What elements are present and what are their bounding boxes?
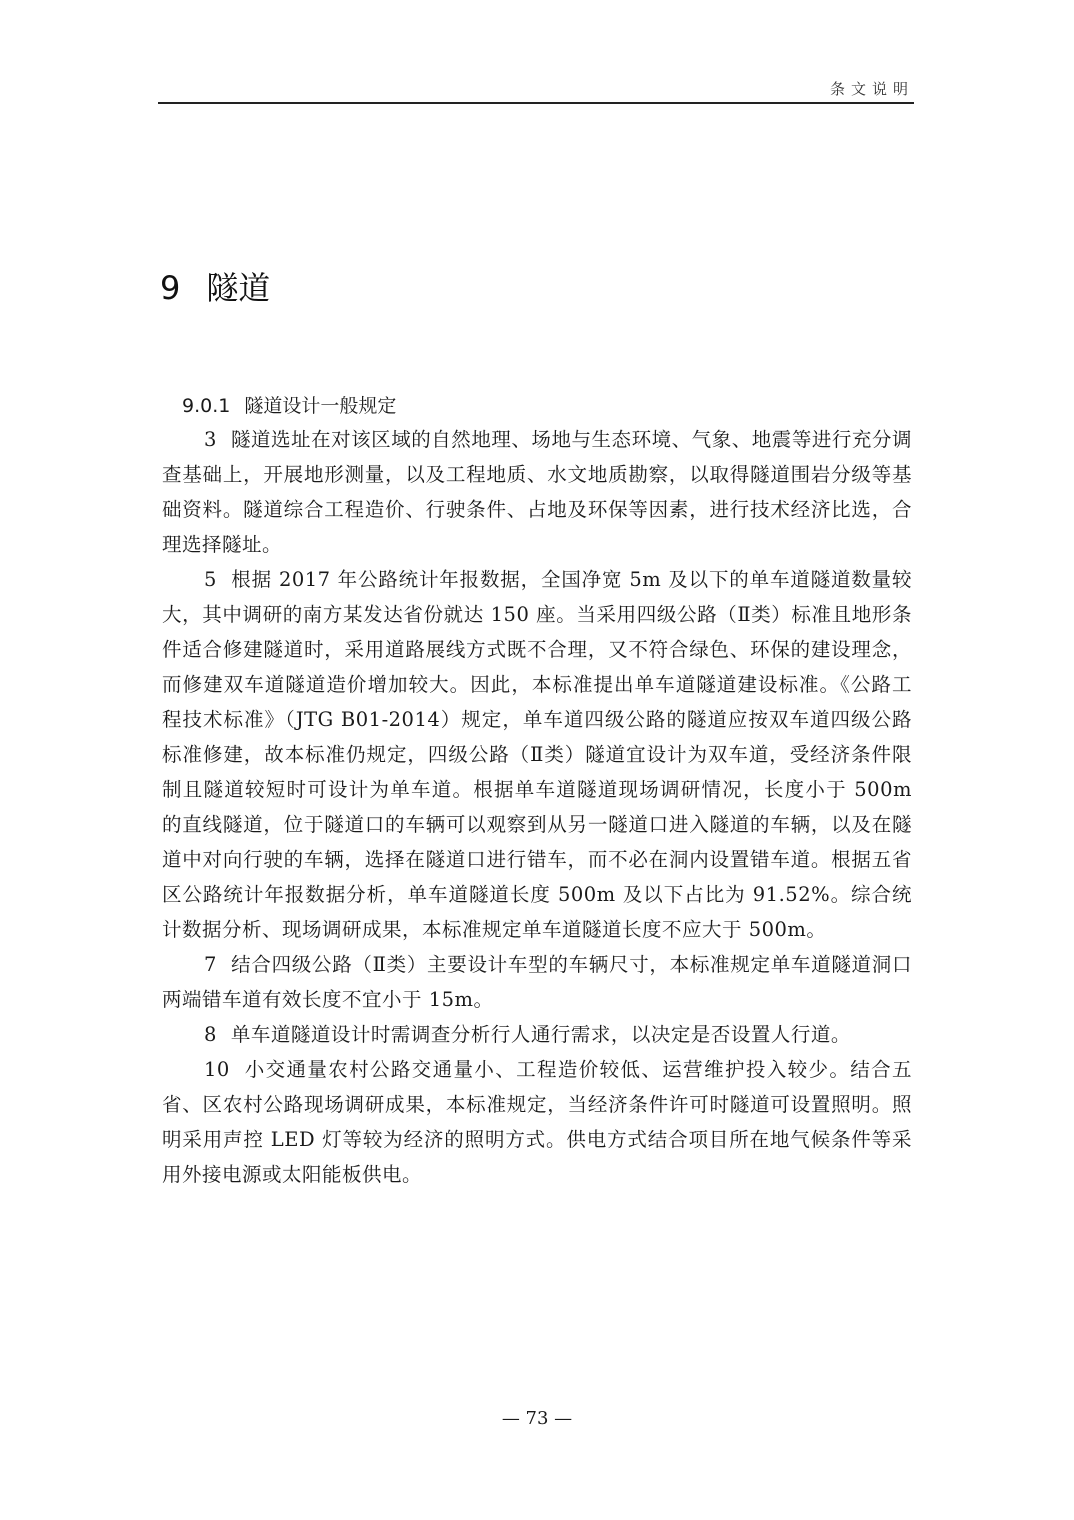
paragraph-text: 结合四级公路（Ⅱ类）主要设计车型的车辆尺寸，本标准规定单车道隧道洞口两端错车道有…	[162, 953, 912, 1011]
item-number: 7	[204, 953, 217, 976]
item-number: 10	[204, 1058, 230, 1081]
chapter-title-text: 隧道	[206, 269, 270, 307]
paragraph-text: 根据 2017 年公路统计年报数据，全国净宽 5m 及以下的单车道隧道数量较大，…	[162, 568, 912, 941]
section-title: 隧道设计一般规定	[244, 395, 396, 417]
paragraph-text: 小交通量农村公路交通量小、工程造价较低、运营维护投入较少。结合五省、区农村公路现…	[162, 1058, 912, 1186]
item-number: 3	[204, 428, 217, 451]
paragraph-item-7: 7结合四级公路（Ⅱ类）主要设计车型的车辆尺寸，本标准规定单车道隧道洞口两端错车道…	[162, 947, 912, 1017]
chapter-title: 9隧道	[160, 263, 270, 309]
section-heading: 9.0.1隧道设计一般规定	[182, 390, 912, 422]
paragraph-item-5: 5根据 2017 年公路统计年报数据，全国净宽 5m 及以下的单车道隧道数量较大…	[162, 562, 912, 947]
section-number: 9.0.1	[182, 395, 230, 417]
item-number: 8	[204, 1023, 217, 1046]
document-body: 9.0.1隧道设计一般规定 3隧道选址在对该区域的自然地理、场地与生态环境、气象…	[162, 390, 912, 1192]
header-rule	[158, 102, 914, 104]
paragraph-item-8: 8单车道隧道设计时需调查分析行人通行需求，以决定是否设置人行道。	[162, 1017, 912, 1052]
item-number: 5	[204, 568, 217, 591]
paragraph-item-10: 10小交通量农村公路交通量小、工程造价较低、运营维护投入较少。结合五省、区农村公…	[162, 1052, 912, 1192]
paragraph-text: 单车道隧道设计时需调查分析行人通行需求，以决定是否设置人行道。	[231, 1023, 851, 1046]
page-number: — 73 —	[0, 1408, 1074, 1429]
chapter-number: 9	[160, 269, 180, 307]
paragraph-item-3: 3隧道选址在对该区域的自然地理、场地与生态环境、气象、地震等进行充分调查基础上，…	[162, 422, 912, 562]
paragraph-text: 隧道选址在对该区域的自然地理、场地与生态环境、气象、地震等进行充分调查基础上，开…	[162, 428, 912, 556]
running-head: 条文说明	[830, 78, 914, 99]
